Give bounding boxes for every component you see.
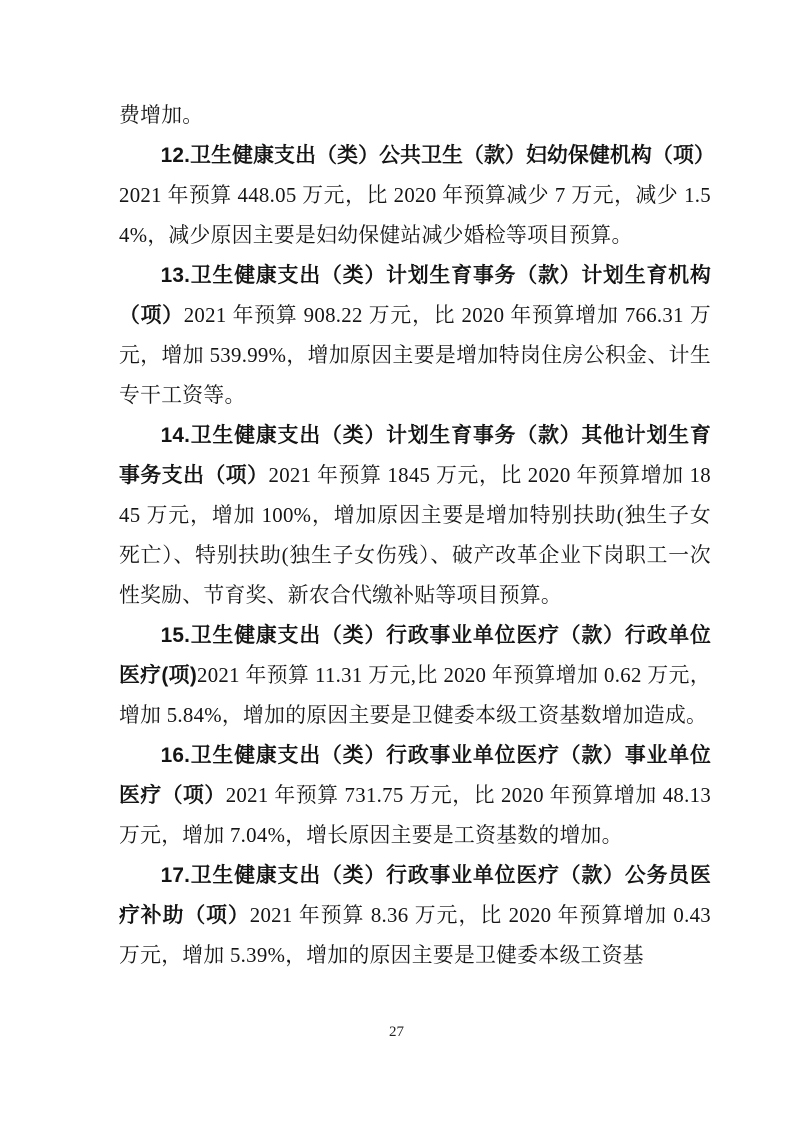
paragraph-11-continuation: 费增加。 [119, 96, 711, 136]
paragraph-item-12: 12.卫生健康支出（类）公共卫生（款）妇幼保健机构（项）2021 年预算 448… [119, 136, 711, 256]
item-12-body: 2021 年预算 448.05 万元，比 2020 年预算减少 7 万元，减少 … [119, 184, 711, 247]
page-content: 费增加。 12.卫生健康支出（类）公共卫生（款）妇幼保健机构（项）2021 年预… [119, 96, 711, 976]
paragraph-item-17: 17.卫生健康支出（类）行政事业单位医疗（款）公务员医疗补助（项）2021 年预… [119, 856, 711, 976]
paragraph-item-13: 13.卫生健康支出（类）计划生育事务（款）计划生育机构（项）2021 年预算 9… [119, 256, 711, 416]
page-number: 27 [0, 1024, 793, 1041]
paragraph-item-16: 16.卫生健康支出（类）行政事业单位医疗（款）事业单位医疗（项）2021 年预算… [119, 736, 711, 856]
item-15-body: 2021 年预算 11.31 万元,比 2020 年预算增加 0.62 万元，增… [119, 664, 711, 727]
paragraph-item-14: 14.卫生健康支出（类）计划生育事务（款）其他计划生育事务支出（项）2021 年… [119, 416, 711, 616]
item-13-body: 2021 年预算 908.22 万元，比 2020 年预算增加 766.31 万… [119, 304, 711, 407]
document-page: 费增加。 12.卫生健康支出（类）公共卫生（款）妇幼保健机构（项）2021 年预… [0, 0, 793, 1122]
item-12-heading: 12.卫生健康支出（类）公共卫生（款）妇幼保健机构（项） [161, 144, 715, 167]
paragraph-item-15: 15.卫生健康支出（类）行政事业单位医疗（款）行政单位医疗(项)2021 年预算… [119, 616, 711, 736]
paragraph-11-body: 费增加。 [119, 104, 203, 127]
